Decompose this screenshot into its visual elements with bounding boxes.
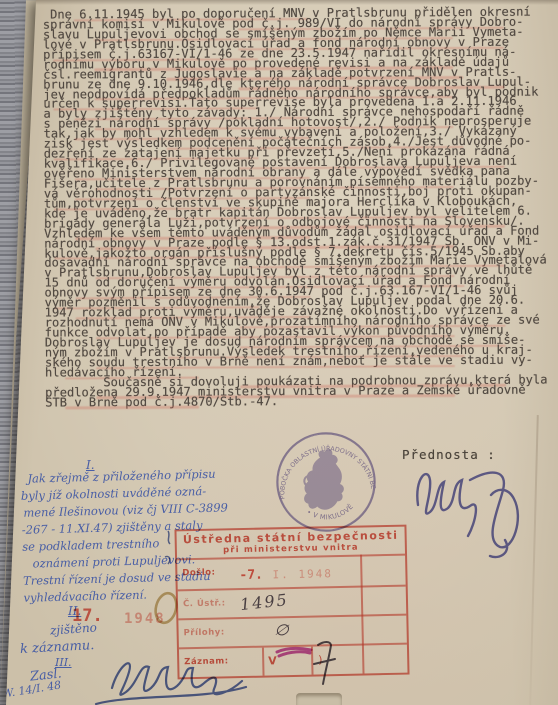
- paper-notch: [296, 693, 342, 705]
- zaznam-cell-divider: [311, 647, 314, 675]
- prilohy-value-handwritten: ∅: [274, 619, 290, 640]
- scanned-document-photo: Dne 6.11.1945 byl po doporučení MNV v Pr…: [0, 0, 558, 705]
- cislo-label: Č. Ústř.:: [183, 598, 226, 609]
- paper-crease: [529, 415, 539, 705]
- prednosta-label: Přednosta :: [402, 447, 496, 462]
- doslo-label: Došlo:: [182, 568, 215, 579]
- zaznam-label: Záznam:: [184, 656, 229, 667]
- registry-row-doslo: Došlo: -7. I. 1948: [177, 554, 406, 590]
- handwritten-k-zaznamu: k záznamu.: [20, 638, 95, 657]
- prednosta-signature: [417, 473, 518, 557]
- doslo-date-stamp: -7. I. 1948: [239, 562, 333, 583]
- zaznam-j: ): [318, 653, 323, 666]
- zaznam-v: V: [268, 654, 277, 667]
- registry-stamp-box: Ústředna státní bezpečnosti při minister…: [174, 525, 409, 680]
- typed-line: STB v Brně pod č.j.4870/Stb.-47.: [45, 395, 557, 408]
- document-page: Dne 6.11.1945 byl po doporučení MNV v Pr…: [0, 0, 558, 705]
- date-stamp-day: 17.: [72, 606, 103, 626]
- registry-row-zaznam: Záznam: V ): [179, 643, 408, 678]
- cislo-value-handwritten: 1495: [239, 590, 289, 614]
- typed-letter-body: Dne 6.11.1945 byl po doporučení MNV v Pr…: [43, 7, 557, 408]
- round-stamp-mikulov: POBOČKA OBLASTNÍ ÚŘADOVNY STÁTNÍ BEZPEČN…: [267, 423, 386, 542]
- zaznam-cell-divider: [262, 648, 265, 676]
- prilohy-label: Přílohy:: [184, 627, 225, 638]
- paper-wrap: Dne 6.11.1945 byl po doporučení MNV v Pr…: [0, 0, 558, 705]
- date-stamp-year: 1948: [124, 611, 166, 627]
